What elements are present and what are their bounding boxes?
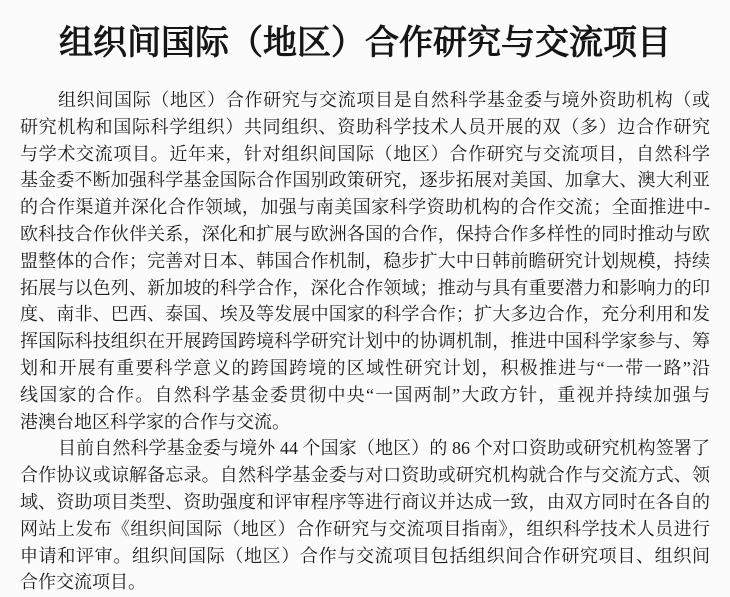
document-body: 组织间国际（地区）合作研究与交流项目是自然科学基金委与境外资助机构（或 研究机构… bbox=[0, 87, 730, 596]
text-line: 度、南非、巴西、泰国、埃及等发展中国家的科学合作；扩大多边合作，充分利用和发 bbox=[20, 301, 710, 328]
text-line: 目前自然科学基金委与境外 44 个国家（地区）的 86 个对口资助或研究机构签署… bbox=[20, 435, 710, 462]
text-line: 域、资助项目类型、资助强度和评审程序等进行商议并达成一致，由双方同时在各自的 bbox=[20, 489, 710, 516]
document-page: 组织间国际（地区）合作研究与交流项目 组织间国际（地区）合作研究与交流项目是自然… bbox=[0, 0, 730, 597]
text-line: 盟整体的合作；完善对日本、韩国合作机制，稳步扩大中日韩前瞻研究计划规模，持续 bbox=[20, 248, 710, 275]
text-line: 线国家的合作。自然科学基金委贯彻中央“一国两制”大政方针，重视并持续加强与 bbox=[20, 382, 710, 409]
text-line: 组织间国际（地区）合作研究与交流项目是自然科学基金委与境外资助机构（或 bbox=[20, 87, 710, 114]
paragraph: 目前自然科学基金委与境外 44 个国家（地区）的 86 个对口资助或研究机构签署… bbox=[20, 435, 710, 596]
text-line: 的合作渠道并深化合作领域，加强与南美国家科学资助机构的合作交流；全面推进中- bbox=[20, 194, 710, 221]
text-line: 拓展与以色列、新加坡的科学合作，深化合作领域；推动与具有重要潜力和影响力的印 bbox=[20, 275, 710, 302]
text-line: 划和开展有重要科学意义的跨国跨境的区域性研究计划，积极推进与“一带一路”沿 bbox=[20, 355, 710, 382]
text-line: 港澳台地区科学家的合作与交流。 bbox=[20, 409, 710, 436]
text-line: 合作协议或谅解备忘录。自然科学基金委与对口资助或研究机构就合作与交流方式、领 bbox=[20, 462, 710, 489]
text-line: 与学术交流项目。近年来，针对组织间国际（地区）合作研究与交流项目，自然科学 bbox=[20, 141, 710, 168]
paragraph: 组织间国际（地区）合作研究与交流项目是自然科学基金委与境外资助机构（或 研究机构… bbox=[20, 87, 710, 435]
text-line: 申请和评审。组织间国际（地区）合作与交流项目包括组织间合作研究项目、组织间 bbox=[20, 543, 710, 570]
text-line: 网站上发布《组织间国际（地区）合作研究与交流项目指南》，组织科学技术人员进行 bbox=[20, 516, 710, 543]
text-line: 挥国际科技组织在开展跨国跨境科学研究计划中的协调机制，推进中国科学家参与、筹 bbox=[20, 328, 710, 355]
text-line: 基金委不断加强科学基金国际合作国别政策研究，逐步拓展对美国、加拿大、澳大利亚 bbox=[20, 167, 710, 194]
text-line: 研究机构和国际科学组织）共同组织、资助科学技术人员开展的双（多）边合作研究 bbox=[20, 114, 710, 141]
text-line: 合作交流项目。 bbox=[20, 569, 710, 596]
text-line: 欧科技合作伙伴关系，深化和扩展与欧洲各国的合作，保持合作多样性的同时推动与欧 bbox=[20, 221, 710, 248]
page-title: 组织间国际（地区）合作研究与交流项目 bbox=[0, 0, 730, 66]
